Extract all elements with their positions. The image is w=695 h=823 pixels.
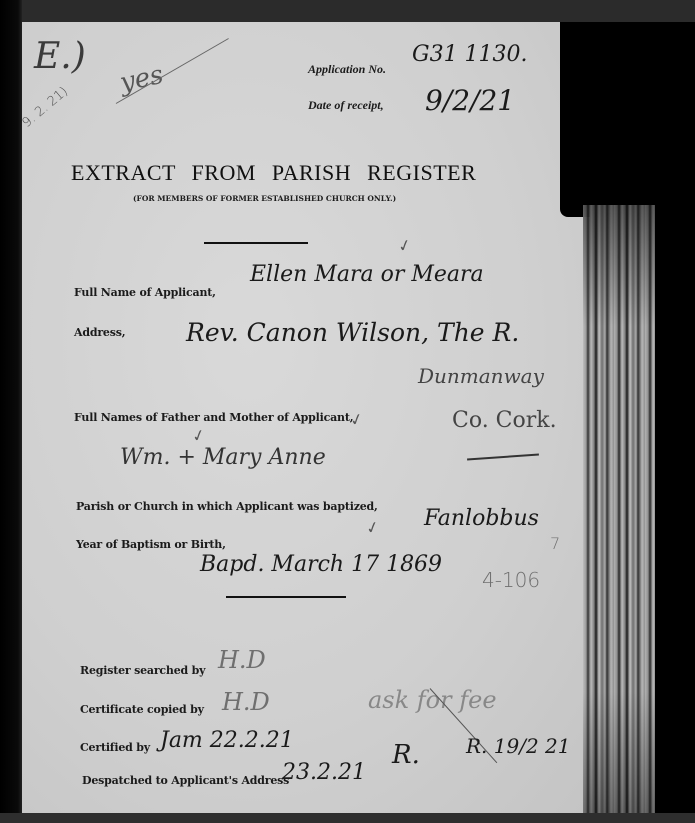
full-name-label: Full Name of Applicant, [74, 286, 216, 299]
certificate-copied-label: Certificate copied by [80, 703, 204, 716]
parents-label: Full Names of Father and Mother of Appli… [74, 411, 353, 424]
initials-1: R. [392, 740, 420, 770]
despatched-label: Despatched to Applicant's Address [82, 774, 289, 787]
binding-shadow [560, 22, 695, 217]
title-divider [204, 242, 308, 244]
date-of-receipt-label: Date of receipt, [308, 98, 384, 113]
year-underline [226, 596, 346, 598]
year-label: Year of Baptism or Birth, [76, 538, 226, 551]
page-title: EXTRACT FROM PARISH REGISTER [71, 160, 476, 186]
parish-value: Fanlobbus [424, 506, 539, 531]
certified-label: Certified by [80, 741, 150, 754]
page-subtitle: (FOR MEMBERS OF FORMER ESTABLISHED CHURC… [133, 194, 396, 203]
address-line2: Dunmanway [418, 364, 544, 388]
address-line3: Co. Cork. [452, 408, 557, 433]
despatched-value: 23.2.21 [282, 760, 366, 785]
reference-number-bottom: 4-106 [482, 568, 540, 592]
address-line1: Rev. Canon Wilson, The R. [186, 318, 519, 347]
application-no-value: G31 1130. [412, 42, 528, 67]
viewer-top-bar [0, 0, 695, 22]
register-searched-label: Register searched by [80, 664, 205, 677]
full-name-value: Ellen Mara or Meara [250, 262, 484, 287]
register-searched-value: H.D [218, 646, 266, 674]
date-of-receipt-value: 9/2/21 [425, 84, 515, 117]
viewer-bottom-bar [0, 813, 695, 823]
margin-mark: E.) [34, 36, 86, 77]
reference-number-top: 7 [550, 534, 560, 553]
certificate-copied-value: H.D [222, 688, 270, 716]
parents-value: Wm. + Mary Anne [120, 445, 326, 470]
page-edge-stack [583, 205, 655, 813]
viewer-left-border [0, 0, 22, 823]
year-value: Bapd. March 17 1869 [200, 552, 442, 577]
initials-2: R. 19/2 21 [466, 734, 571, 758]
address-label: Address, [74, 326, 125, 339]
application-no-label: Application No. [308, 62, 386, 77]
parish-label: Parish or Church in which Applicant was … [76, 500, 378, 513]
certified-value: Jam 22.2.21 [160, 728, 294, 753]
